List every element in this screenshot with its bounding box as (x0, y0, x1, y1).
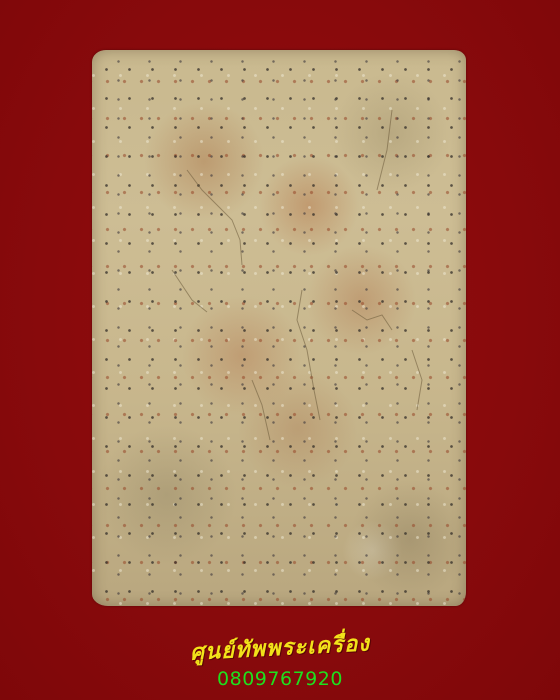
amulet-tablet (92, 50, 466, 606)
phone-number-watermark: 0809767920 (0, 668, 560, 690)
amulet-cracks (92, 50, 466, 606)
